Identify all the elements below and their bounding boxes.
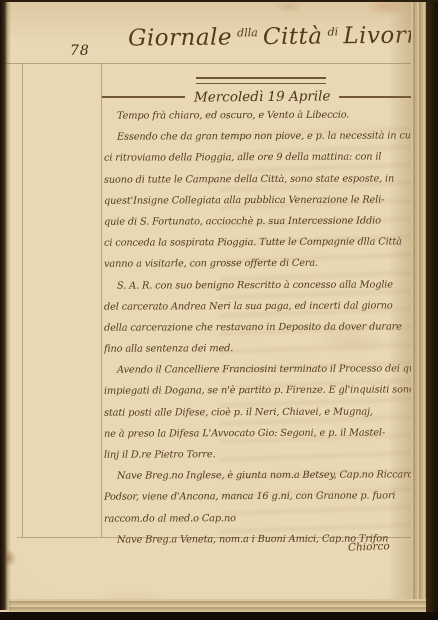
catchword: Chiorco	[348, 540, 390, 553]
manuscript-line: vanno a visitarle, con grosse offerte di…	[104, 253, 436, 276]
manuscript-line: ci conceda la sospirata Pioggia. Tutte l…	[104, 231, 436, 254]
manuscript-line: quie di S. Fortunato, acciocchè p. sua I…	[104, 210, 436, 233]
manuscript-line: fino alla sentenza dei med.	[104, 337, 436, 360]
manuscript-line: impiegati di Dogana, se n'è partito p. F…	[104, 380, 436, 403]
scan-edge-bottom	[0, 612, 438, 620]
manuscript-line: ci ritroviamo della Pioggia, alle ore 9 …	[104, 147, 436, 170]
title-abbreviation: dlla	[237, 26, 258, 39]
binding-gutter-left	[0, 0, 11, 610]
scan-edge-right	[426, 0, 438, 620]
date-rule-left	[102, 96, 185, 98]
manuscript-line: Tempo frà chiaro, ed oscuro, e Vento à L…	[104, 105, 436, 127]
manuscript-line: della carcerazione che restavano in Depo…	[104, 316, 436, 339]
manuscript-line: S. A. R. con suo benigno Rescritto à con…	[104, 274, 436, 297]
title-abbreviation: di	[328, 25, 339, 38]
book-page-edges-right	[411, 0, 427, 610]
manuscript-line: del carcerato Andrea Neri la sua paga, e…	[104, 295, 436, 318]
page-title: Giornale dlla Città di Livorno	[128, 22, 422, 51]
manuscript-lines: Tempo frà chiaro, ed oscuro, e Vento à L…	[104, 105, 436, 553]
title-word: Città	[263, 24, 323, 51]
manuscript-scan: 78 Giornale dlla Città di Livorno Mercol…	[0, 0, 438, 620]
title-word: Giornale	[128, 24, 232, 51]
rule-top-horizontal	[0, 63, 424, 64]
date-heading: Mercoledì 19 Aprile	[194, 88, 331, 105]
manuscript-line: Essendo che da gran tempo non piove, e p…	[104, 125, 436, 148]
manuscript-line: stati posti alle Difese, cioè p. il Neri…	[104, 401, 436, 424]
book-page-edges-bottom	[9, 599, 426, 612]
manuscript-line: Nave Breg.no Inglese, è giunta nom.a Bet…	[104, 464, 436, 487]
rule-textblock-vertical	[101, 63, 102, 537]
scan-edge-top	[0, 0, 438, 2]
manuscript-line: Avendo il Cancelliere Franciosini termin…	[104, 359, 436, 382]
manuscript-line: ne à preso la Difesa L'Avvocato Gio: Seg…	[104, 422, 436, 445]
manuscript-line: quest'Insigne Collegiata alla pubblica V…	[104, 189, 436, 212]
rule-margin-vertical	[22, 63, 23, 537]
manuscript-line: raccom.do al med.o Cap.no	[104, 507, 436, 530]
page-number: 78	[70, 43, 90, 59]
manuscript-line: linj il D.re Pietro Torre.	[104, 443, 436, 466]
date-heading-row: Mercoledì 19 Aprile	[102, 89, 422, 105]
manuscript-line: suono di tutte le Campane della Città, s…	[104, 168, 436, 191]
manuscript-line: Podsor, viene d'Ancona, manca 16 g.ni, c…	[104, 486, 436, 509]
title-double-rule	[196, 77, 326, 84]
